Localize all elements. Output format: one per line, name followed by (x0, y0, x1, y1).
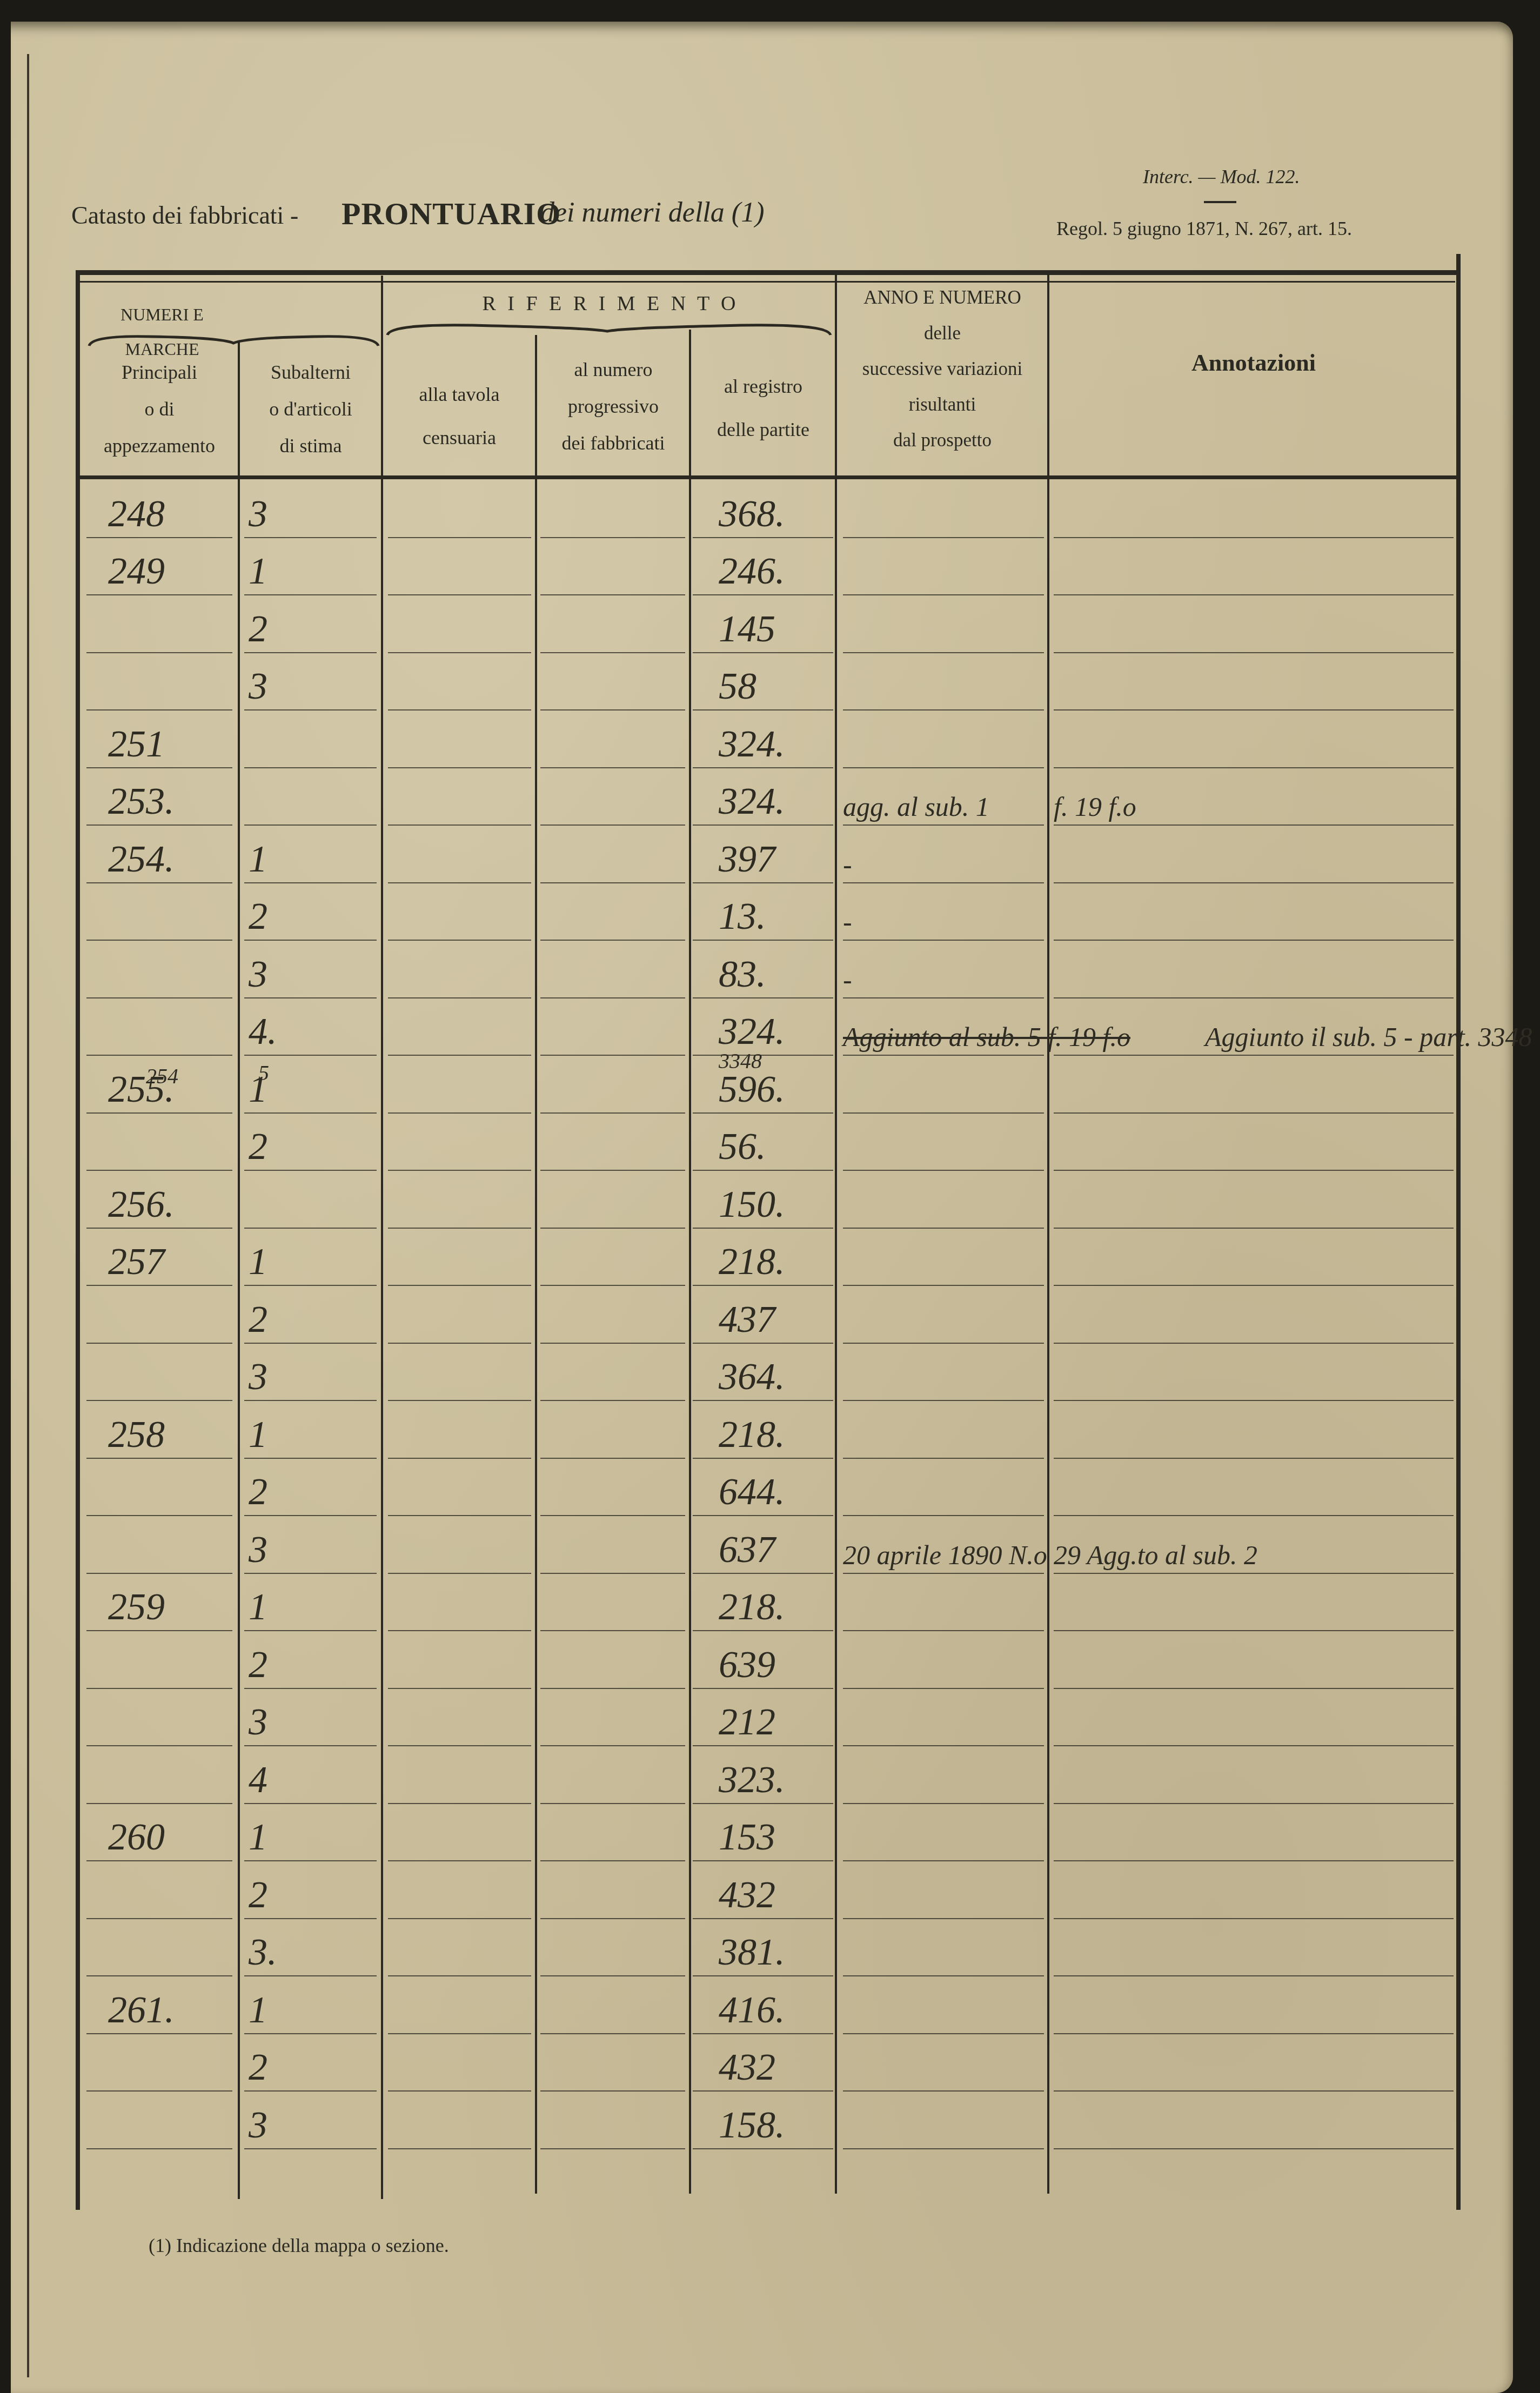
row-rule (1054, 2090, 1454, 2092)
cell-registro: 416. (719, 1989, 785, 2032)
row-rule (388, 1112, 531, 1114)
table-left-border (76, 270, 80, 2210)
row-rule (540, 1630, 685, 1631)
row-rule (540, 1112, 685, 1114)
row-rule (1054, 1170, 1454, 1171)
row-rule (540, 1688, 685, 1689)
row-rule (244, 652, 377, 653)
row-rule (693, 1688, 833, 1689)
form-title-suffix: dei numeri della (1) (540, 197, 764, 229)
row-rule (1054, 2148, 1454, 2149)
row-rule (693, 1285, 833, 1286)
row-rule (693, 652, 833, 653)
row-rule (1054, 1515, 1454, 1516)
cell-registro: 150. (719, 1183, 785, 1226)
row-rule (388, 652, 531, 653)
row-rule (244, 1975, 377, 1976)
row-rule (86, 1688, 232, 1689)
row-rule (843, 1400, 1044, 1401)
row-rule (86, 1055, 232, 1056)
row-rule (388, 1630, 531, 1631)
row-rule (86, 537, 232, 538)
row-rule (693, 1975, 833, 1976)
row-rule (86, 1400, 232, 1401)
row-rule (388, 594, 531, 595)
row-rule (244, 1112, 377, 1114)
row-rule (693, 594, 833, 595)
row-rule (1054, 537, 1454, 538)
row-rule (540, 1860, 685, 1861)
row-rule (693, 767, 833, 768)
row-rule (244, 1573, 377, 1574)
brace-riferimento (385, 316, 833, 338)
row-rule (693, 2148, 833, 2149)
cell-subalterni: 1 (249, 1989, 267, 2032)
row-rule (843, 1803, 1044, 1804)
row-rule (693, 825, 833, 826)
cell-principali: 253. (108, 780, 175, 823)
cell-subalterni: 2 (249, 2046, 267, 2089)
col-header-subalterni: Subalternio d'articolidi stima (240, 354, 381, 464)
row-rule (540, 594, 685, 595)
cell-principali: 259 (108, 1586, 165, 1629)
row-rule (540, 1228, 685, 1229)
row-rule (693, 1228, 833, 1229)
row-rule (843, 2033, 1044, 2034)
row-rule (244, 2033, 377, 2034)
row-rule (843, 1343, 1044, 1344)
cell-principali: 261. (108, 1989, 175, 2032)
row-rule (693, 1400, 833, 1401)
row-rule (388, 537, 531, 538)
row-rule (244, 825, 377, 826)
row-rule (86, 1860, 232, 1861)
col-header-principali: Principalio diappezzamento (81, 354, 238, 464)
row-rule (86, 1515, 232, 1516)
cell-registro: 368. (719, 493, 785, 536)
row-rule (86, 2090, 232, 2092)
row-rule (693, 1458, 833, 1459)
cell-registro: 639 (719, 1644, 775, 1687)
row-rule (693, 1573, 833, 1574)
row-rule (843, 652, 1044, 653)
row-rule (843, 1573, 1044, 1574)
cell-variazioni: - (843, 964, 852, 995)
cell-registro: 381. (719, 1931, 785, 1974)
cell-registro: 596. (719, 1068, 785, 1111)
row-rule (843, 1055, 1044, 1056)
row-rule (693, 1112, 833, 1114)
cell-subalterni: 3 (249, 953, 267, 996)
row-rule (86, 1803, 232, 1804)
row-rule (540, 537, 685, 538)
row-rule (1054, 1055, 1454, 1056)
row-rule (388, 2033, 531, 2034)
row-rule (388, 709, 531, 710)
row-rule (1054, 1745, 1454, 1746)
cell-registro: 13. (719, 895, 766, 939)
row-rule (86, 1170, 232, 1171)
row-rule (540, 1055, 685, 1056)
row-rule (540, 2148, 685, 2149)
brace-numeri-e-marche (86, 327, 381, 348)
row-rule (388, 1285, 531, 1286)
row-rule (540, 997, 685, 998)
cell-registro: 153 (719, 1816, 775, 1859)
cell-principali: 249 (108, 550, 165, 593)
cell-registro: 324. (719, 723, 785, 766)
row-rule (86, 1112, 232, 1114)
row-rule (388, 825, 531, 826)
regulation-ref: Regol. 5 giugno 1871, N. 267, art. 15. (1056, 217, 1352, 240)
row-rule (86, 2148, 232, 2149)
row-rule (1054, 940, 1454, 941)
row-rule (388, 997, 531, 998)
footnote: (1) Indicazione della mappa o sezione. (149, 2234, 449, 2257)
row-rule (693, 1515, 833, 1516)
row-rule (843, 1170, 1044, 1171)
col-divider-1 (238, 340, 240, 2199)
cell-subalterni: 1 (249, 1068, 267, 1111)
cell-registro: 637 (719, 1529, 775, 1572)
cell-subalterni: 3 (249, 2104, 267, 2147)
cell-variazioni: Aggiunto al sub. 5 f. 19 f.o (843, 1021, 1048, 1053)
row-rule (540, 1975, 685, 1976)
row-rule (86, 825, 232, 826)
row-rule (244, 882, 377, 883)
row-rule (388, 767, 531, 768)
cell-subalterni: 3. (249, 1931, 277, 1974)
cell-variazioni: agg. al sub. 1 (843, 791, 989, 822)
row-rule (1054, 882, 1454, 883)
row-rule (1054, 1285, 1454, 1286)
col-divider-2 (381, 276, 383, 2199)
cell-subalterni: 1 (249, 1241, 267, 1284)
row-rule (86, 1228, 232, 1229)
cell-registro: 324. (719, 780, 785, 823)
row-rule (843, 2148, 1044, 2149)
cell-principali: 256. (108, 1183, 175, 1226)
row-rule (388, 1515, 531, 1516)
cell-subalterni: 3 (249, 1701, 267, 1744)
row-rule (244, 1055, 377, 1056)
row-rule (540, 1343, 685, 1344)
row-rule (244, 1860, 377, 1861)
cell-annotazioni: f. 19 f.o (1054, 791, 1136, 822)
row-rule (1054, 594, 1454, 595)
row-rule (244, 1343, 377, 1344)
row-rule (843, 1745, 1044, 1746)
row-rule (86, 997, 232, 998)
cell-subalterni: 4. (249, 1010, 277, 1054)
row-rule (86, 652, 232, 653)
row-rule (1054, 1688, 1454, 1689)
row-rule (843, 594, 1044, 595)
row-rule (540, 2090, 685, 2092)
row-rule (1054, 1918, 1454, 1919)
cell-subalterni: 3 (249, 493, 267, 536)
row-rule (540, 1458, 685, 1459)
cell-subalterni: 2 (249, 1125, 267, 1169)
cell-registro: 56. (719, 1125, 766, 1169)
row-rule (244, 537, 377, 538)
row-rule (540, 940, 685, 941)
binding-edge (27, 54, 29, 2377)
cell-subalterni: 3 (249, 1356, 267, 1399)
form-title-prefix: Catasto dei fabbricati - (71, 201, 298, 230)
row-rule (1054, 1343, 1454, 1344)
row-rule (540, 1400, 685, 1401)
row-rule (388, 882, 531, 883)
row-rule (843, 825, 1044, 826)
row-rule (388, 1400, 531, 1401)
row-rule (693, 1630, 833, 1631)
row-rule (86, 1918, 232, 1919)
cell-subalterni: 3 (249, 1529, 267, 1572)
row-rule (693, 2033, 833, 2034)
row-rule (388, 940, 531, 941)
cell-annotazioni: Aggiunto il sub. 5 - part. 3348 (1205, 1021, 1532, 1053)
row-rule (843, 1458, 1044, 1459)
row-rule (244, 1400, 377, 1401)
cell-subalterni: 1 (249, 1413, 267, 1457)
cell-annotazioni: 29 Agg.to al sub. 2 (1054, 1539, 1257, 1571)
cell-registro: 218. (719, 1413, 785, 1457)
cell-principali: 254. (108, 838, 175, 881)
cell-variazioni: - (843, 906, 852, 937)
cell-registro: 145 (719, 608, 775, 651)
row-rule (86, 1573, 232, 1574)
col-header-progressivo: al numeroprogressivodei fabbricati (538, 351, 689, 461)
row-rule (843, 1918, 1044, 1919)
row-rule (388, 1055, 531, 1056)
row-rule (693, 997, 833, 998)
row-rule (843, 709, 1044, 710)
cell-principali: 258 (108, 1413, 165, 1457)
row-rule (843, 1285, 1044, 1286)
cell-registro: 246. (719, 550, 785, 593)
row-rule (540, 1573, 685, 1574)
row-rule (843, 767, 1044, 768)
row-rule (388, 1803, 531, 1804)
row-rule (693, 1860, 833, 1861)
row-rule (540, 709, 685, 710)
row-rule (693, 2090, 833, 2092)
cell-registro: 364. (719, 1356, 785, 1399)
row-rule (244, 1630, 377, 1631)
row-rule (244, 1745, 377, 1746)
col-header-registro: al registrodelle partite (692, 365, 835, 451)
row-rule (843, 1975, 1044, 1976)
row-rule (388, 1860, 531, 1861)
row-rule (388, 1458, 531, 1459)
cell-registro: 218. (719, 1586, 785, 1629)
col-divider-6 (1047, 270, 1049, 2194)
cell-principali: 260 (108, 1816, 165, 1859)
row-rule (1054, 1860, 1454, 1861)
row-rule (1054, 652, 1454, 653)
row-rule (1054, 767, 1454, 768)
row-rule (244, 1515, 377, 1516)
row-rule (244, 594, 377, 595)
row-rule (86, 709, 232, 710)
cell-principali: 255. (108, 1068, 175, 1111)
row-rule (693, 1745, 833, 1746)
row-rule (388, 1745, 531, 1746)
row-rule (244, 1228, 377, 1229)
row-rule (1054, 1630, 1454, 1631)
row-rule (1054, 1400, 1454, 1401)
cell-subalterni: 2 (249, 1644, 267, 1687)
cell-principali: 251 (108, 723, 165, 766)
row-rule (540, 2033, 685, 2034)
cell-registro: 58 (719, 665, 756, 708)
row-rule (86, 1745, 232, 1746)
row-rule (1054, 1975, 1454, 1976)
row-rule (1054, 1458, 1454, 1459)
row-rule (86, 1630, 232, 1631)
row-rule (540, 652, 685, 653)
cell-variazioni: 20 aprile 1890 N.o (843, 1539, 1048, 1571)
row-rule (693, 537, 833, 538)
row-rule (244, 2148, 377, 2149)
model-code: Interc. — Mod. 122. (1143, 165, 1300, 188)
row-rule (244, 940, 377, 941)
cell-subalterni: 2 (249, 1471, 267, 1514)
col-divider-3 (535, 335, 537, 2194)
row-rule (540, 1285, 685, 1286)
row-rule (693, 709, 833, 710)
table-top-border (76, 270, 1459, 275)
cell-subalterni: 4 (249, 1759, 267, 1802)
row-rule (388, 1573, 531, 1574)
row-rule (843, 1112, 1044, 1114)
row-rule (86, 594, 232, 595)
row-rule (540, 1803, 685, 1804)
row-rule (1054, 709, 1454, 710)
row-rule (843, 1688, 1044, 1689)
row-rule (244, 1170, 377, 1171)
row-rule (244, 1285, 377, 1286)
row-rule (244, 767, 377, 768)
row-rule (388, 2090, 531, 2092)
cell-subalterni: 2 (249, 895, 267, 939)
cell-subalterni: 2 (249, 608, 267, 651)
row-rule (843, 1630, 1044, 1631)
table-right-border (1456, 254, 1461, 2210)
cell-registro: 324. (719, 1010, 785, 1054)
row-rule (693, 1055, 833, 1056)
row-rule (86, 1285, 232, 1286)
header-bottom-border (80, 475, 1458, 479)
row-rule (1054, 1573, 1454, 1574)
col-header-tavola: alla tavolacensuaria (384, 373, 535, 459)
row-rule (244, 2090, 377, 2092)
row-rule (540, 1918, 685, 1919)
row-rule (388, 1918, 531, 1919)
cell-subalterni: 2 (249, 1298, 267, 1342)
cell-registro: 397 (719, 838, 775, 881)
row-rule (693, 1170, 833, 1171)
row-rule (1054, 997, 1454, 998)
col-header-annotazioni: Annotazioni (1051, 346, 1456, 380)
cell-registro: 432 (719, 1874, 775, 1917)
row-rule (86, 1975, 232, 1976)
cell-subalterni: 2 (249, 1874, 267, 1917)
row-rule (86, 940, 232, 941)
row-rule (388, 1975, 531, 1976)
cell-registro: 437 (719, 1298, 775, 1342)
col-divider-4 (689, 330, 691, 2194)
cell-variazioni: - (843, 849, 852, 880)
form-title-main: PRONTUARIO (342, 196, 561, 232)
cell-principali: 257 (108, 1241, 165, 1284)
row-rule (843, 537, 1044, 538)
table-top-inner-border (80, 281, 1455, 283)
row-rule (1054, 1228, 1454, 1229)
row-rule (540, 1515, 685, 1516)
row-rule (540, 825, 685, 826)
row-rule (540, 1745, 685, 1746)
row-rule (540, 1170, 685, 1171)
row-rule (244, 997, 377, 998)
cell-registro: 323. (719, 1759, 785, 1802)
cell-registro: 644. (719, 1471, 785, 1514)
row-rule (540, 882, 685, 883)
row-rule (244, 1688, 377, 1689)
row-rule (693, 882, 833, 883)
row-rule (388, 1343, 531, 1344)
model-divider (1204, 201, 1236, 203)
row-rule (244, 1918, 377, 1919)
row-rule (843, 1515, 1044, 1516)
row-rule (1054, 1803, 1454, 1804)
row-rule (244, 709, 377, 710)
row-rule (843, 940, 1044, 941)
cell-principali: 248 (108, 493, 165, 536)
row-rule (843, 882, 1044, 883)
row-rule (693, 1918, 833, 1919)
row-rule (693, 1803, 833, 1804)
cell-registro: 212 (719, 1701, 775, 1744)
row-rule (1054, 1112, 1454, 1114)
col-divider-5 (835, 270, 837, 2194)
row-rule (1054, 2033, 1454, 2034)
cell-subalterni: 1 (249, 838, 267, 881)
cell-subalterni: 1 (249, 550, 267, 593)
col-header-variazioni: ANNO E NUMEROdellesuccessive variazionir… (838, 280, 1047, 458)
row-rule (388, 1228, 531, 1229)
cell-subalterni: 3 (249, 665, 267, 708)
cell-registro: 83. (719, 953, 766, 996)
row-rule (388, 1170, 531, 1171)
row-rule (86, 1343, 232, 1344)
row-rule (843, 997, 1044, 998)
row-rule (86, 1458, 232, 1459)
row-rule (244, 1458, 377, 1459)
row-rule (86, 2033, 232, 2034)
row-rule (693, 940, 833, 941)
row-rule (86, 882, 232, 883)
row-rule (244, 1803, 377, 1804)
row-rule (693, 1343, 833, 1344)
cell-subalterni: 1 (249, 1816, 267, 1859)
row-rule (843, 2090, 1044, 2092)
cell-subalterni: 1 (249, 1586, 267, 1629)
cell-registro: 158. (719, 2104, 785, 2147)
row-rule (86, 767, 232, 768)
row-rule (1054, 825, 1454, 826)
